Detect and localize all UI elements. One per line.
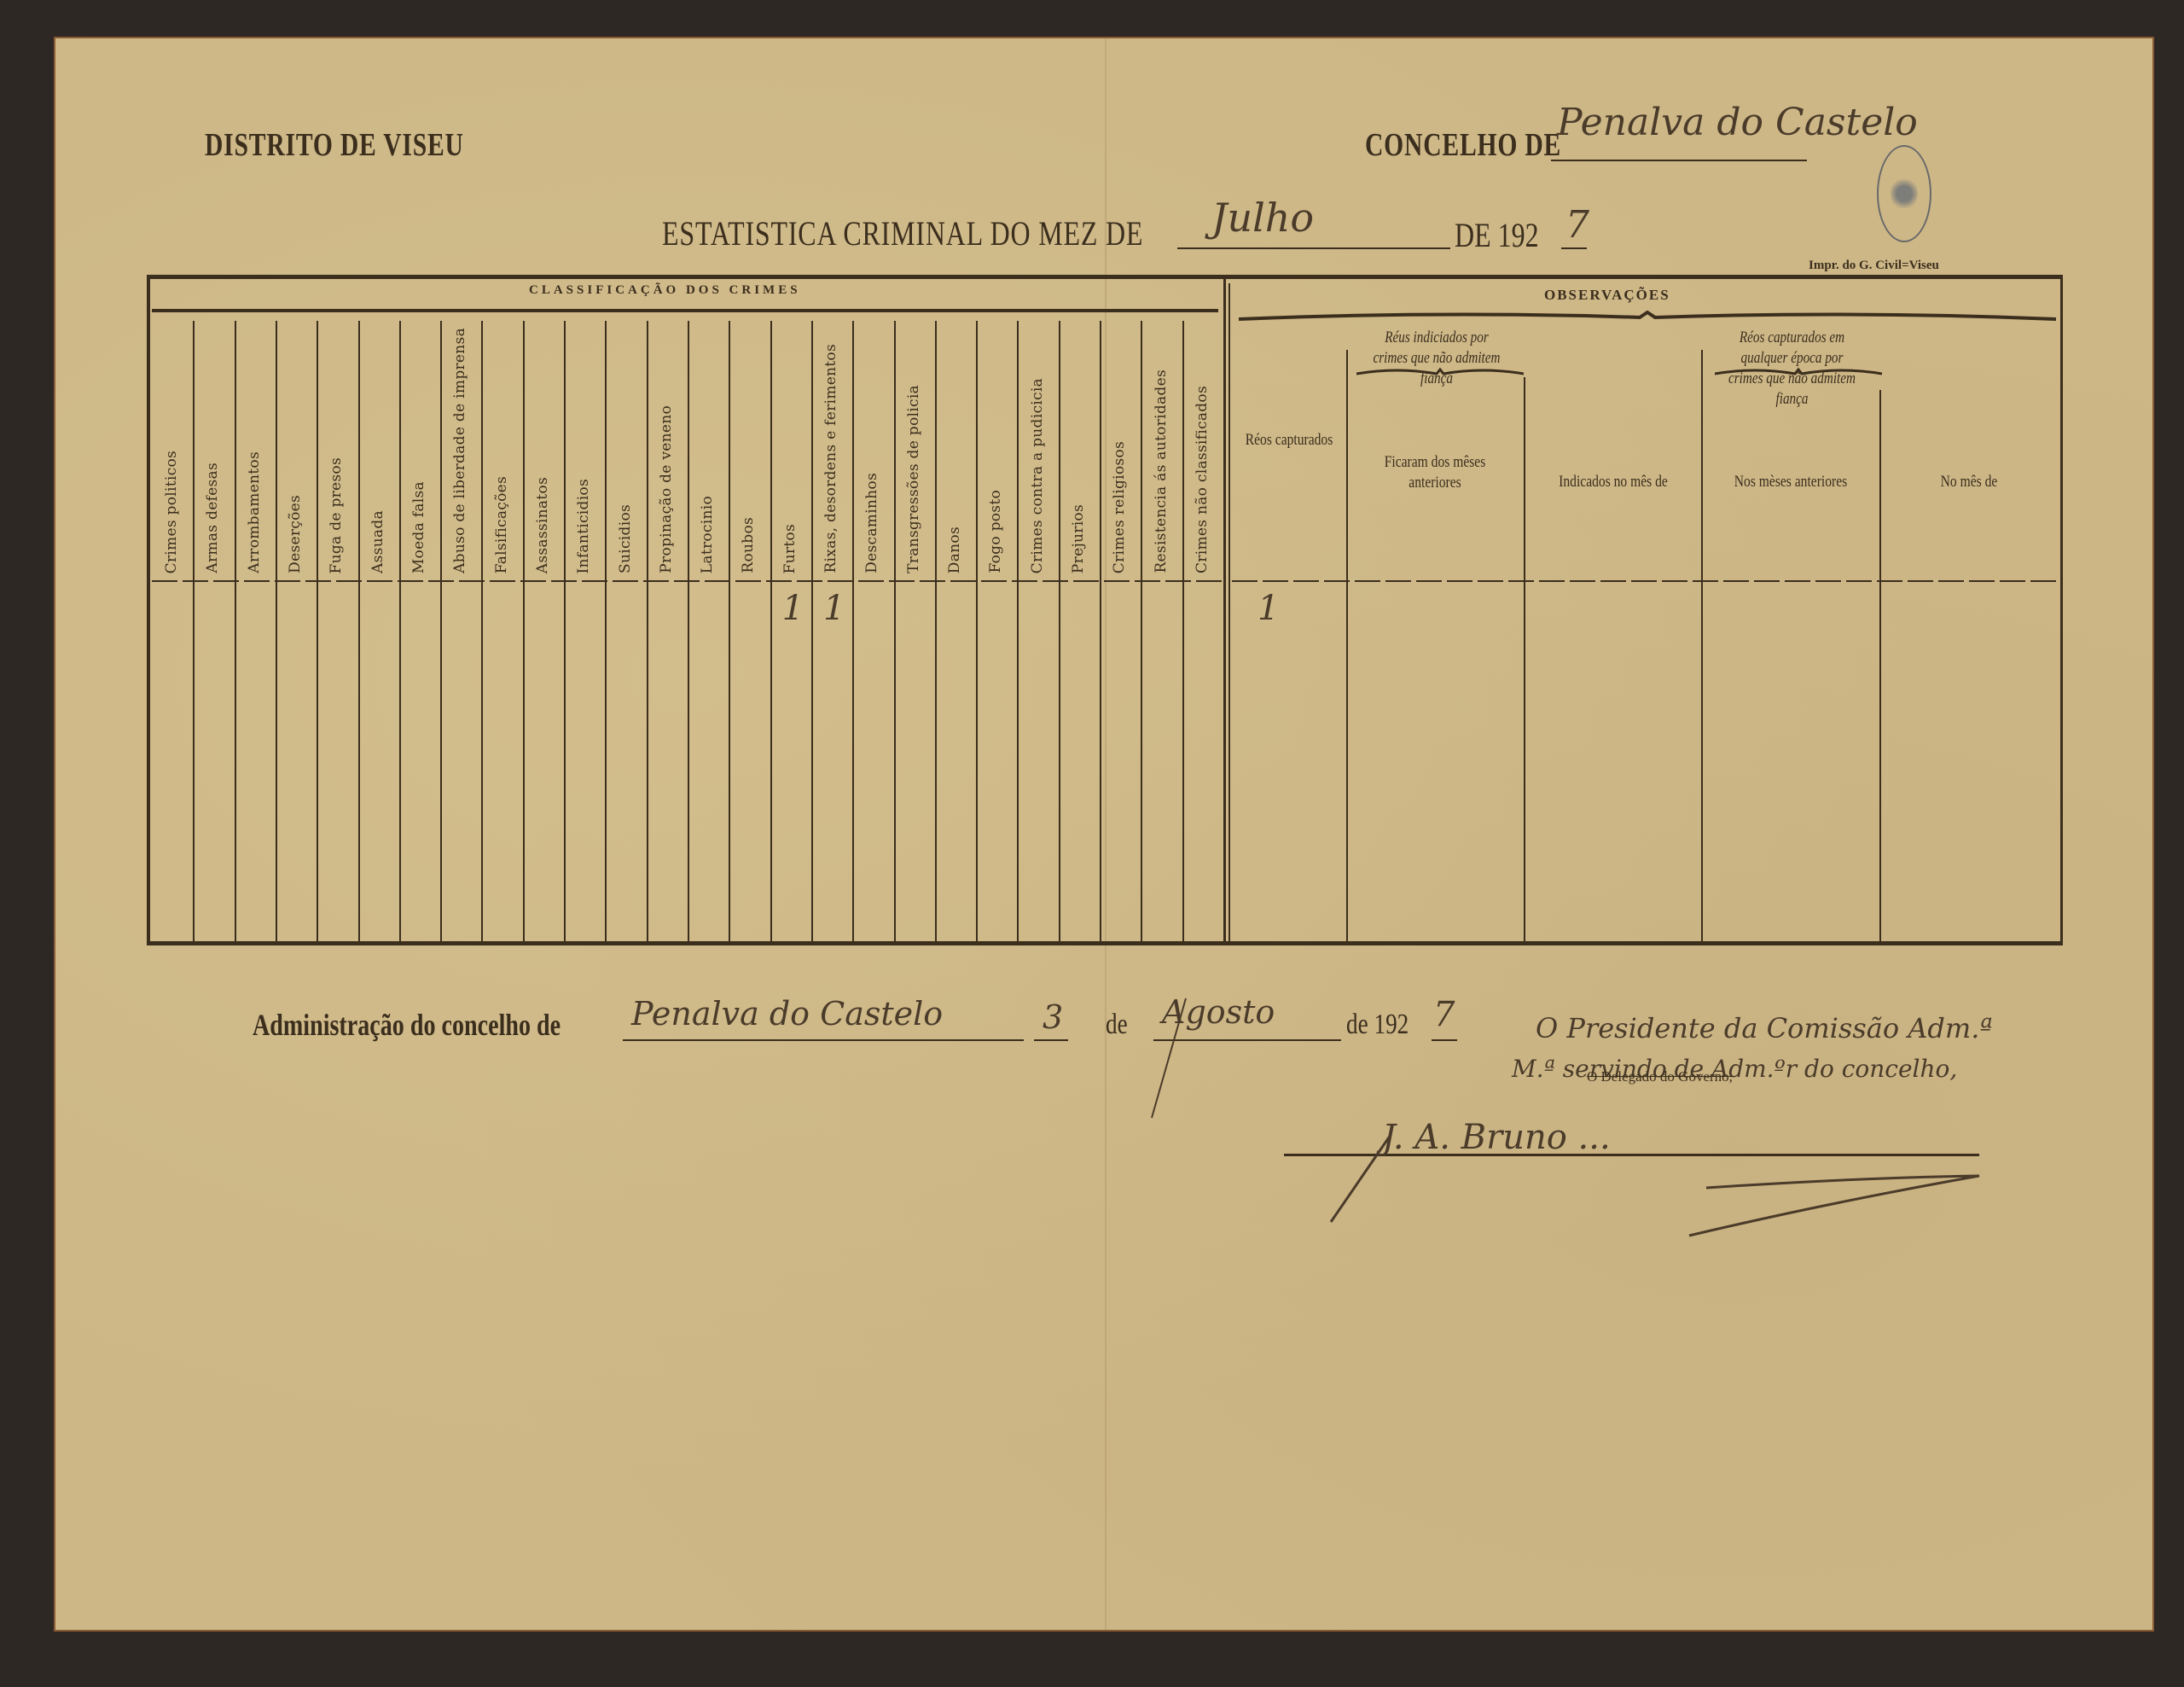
crime-count-cell: 1 — [823, 589, 845, 628]
signer-struck-title: O Delegado do Governo, — [1587, 1068, 1733, 1085]
crime-column-label: Arrombamentos — [246, 451, 263, 573]
header-body-rule — [152, 580, 1222, 582]
crime-column-header: Danos — [935, 326, 976, 573]
table-border-right — [2060, 275, 2063, 945]
obs-col-divider-2 — [1524, 377, 1525, 945]
crime-column-header: Infanticidios — [564, 326, 605, 573]
crime-column-header: Furtos — [770, 326, 811, 573]
crime-count-cell: 1 — [782, 589, 804, 628]
crime-column-label: Crimes politicos — [163, 451, 180, 573]
crime-column-label: Infanticidios — [575, 479, 592, 573]
crime-column-label: Rixas, desordens e ferimentos — [822, 344, 839, 573]
obs-col-divider-1 — [1346, 350, 1348, 945]
group2-col2-header: No mês de — [1897, 473, 2042, 492]
year-prefix: DE 192 — [1455, 215, 1539, 255]
crime-column-label: Descaminhos — [863, 473, 880, 573]
crime-column-header: Propinação de veneno — [647, 326, 688, 573]
stamp-emblem-icon — [1891, 177, 1918, 211]
crime-column-header: Arrombamentos — [235, 326, 276, 573]
obs-brace — [1239, 311, 2056, 323]
year-underline — [1561, 247, 1587, 249]
crime-column-label: Resistencia ás autoridades — [1153, 369, 1170, 573]
crime-column-header: Falsificações — [481, 326, 522, 573]
signer-title-line1: O Presidente da Comissão Adm.ª — [1536, 1012, 1993, 1044]
admin-place-underline — [623, 1039, 1024, 1041]
crime-column-label: Fuga de presos — [328, 457, 345, 573]
reos-capturados-value: 1 — [1258, 589, 1279, 628]
admin-label: Administração do concelho de — [253, 1007, 561, 1043]
concelho-label: CONCELHO DE — [1365, 126, 1561, 164]
crime-column-label: Assassinatos — [534, 477, 551, 573]
crime-column-label: Armas defesas — [204, 462, 221, 573]
admin-year-prefix: de 192 — [1346, 1009, 1409, 1041]
group1-brace — [1356, 367, 1524, 377]
crime-column-label: Crimes contra a pudicicia — [1029, 378, 1046, 573]
section-divider-2 — [1228, 283, 1230, 945]
crime-column-header: Assuada — [358, 326, 399, 573]
crime-column-header: Armas defesas — [193, 326, 234, 573]
obs-col-divider-4 — [1879, 390, 1881, 945]
crimes-section-title: CLASSIFICAÇÃO DOS CRIMES — [529, 283, 801, 298]
crime-column-label: Prejurios — [1070, 504, 1087, 573]
crime-column-label: Deserções — [287, 495, 304, 573]
crime-column-label: Moeda falsa — [410, 481, 427, 573]
archive-stamp — [1877, 145, 1931, 242]
crime-column-header: Abuso de liberdade de imprensa — [440, 326, 481, 573]
crime-column-label: Assuada — [369, 510, 386, 573]
group2-brace — [1715, 367, 1882, 377]
crime-column-header: Suicidios — [605, 326, 646, 573]
crime-column-label: Furtos — [781, 524, 799, 573]
year-digit: 7 — [1565, 203, 1589, 247]
crime-column-header: Fuga de presos — [317, 326, 357, 573]
crime-column-label: Danos — [946, 526, 963, 573]
district-heading: DISTRITO DE VISEU — [205, 126, 464, 164]
admin-day: 3 — [1043, 998, 1063, 1036]
group1-col2-header: Indicados no mês de — [1542, 473, 1686, 492]
group1-title: Réus indiciados por crimes que não admit… — [1367, 328, 1506, 389]
crimes-section-rule — [152, 309, 1218, 312]
crime-column-header: Moeda falsa — [399, 326, 440, 573]
crime-column-label: Transgressões de policia — [905, 385, 922, 573]
crime-column-header: Crimes religiosos — [1100, 326, 1141, 573]
crime-column-header: Roubos — [729, 326, 770, 573]
crime-column-header: Assassinatos — [523, 326, 564, 573]
month-value: Julho — [1211, 195, 1314, 241]
admin-day-underline — [1034, 1039, 1068, 1041]
crime-column-header: Deserções — [276, 326, 317, 573]
table-border-bottom — [147, 941, 2063, 945]
table-border-left — [147, 275, 150, 945]
group1-col1-header: Ficaram dos mêses anteriores — [1365, 452, 1505, 493]
obs-col-divider-3 — [1701, 350, 1703, 945]
crime-column-header: Descaminhos — [852, 326, 893, 573]
table-border-top — [147, 275, 2063, 279]
obs-section-title: OBSERVAÇÕES — [1544, 287, 1670, 304]
section-divider — [1223, 275, 1226, 945]
printer-note: Impr. do G. Civil=Viseu — [1809, 259, 1939, 273]
reos-capturados-header: Réos capturados — [1242, 430, 1336, 451]
crime-column-label: Falsificações — [493, 476, 510, 573]
crime-column-header: Rixas, desordens e ferimentos — [811, 326, 852, 573]
month-flourish — [1143, 990, 1194, 1126]
obs-header-body-rule — [1232, 580, 2059, 582]
admin-de: de — [1106, 1009, 1128, 1041]
crime-column-label: Crimes religiosos — [1111, 441, 1128, 573]
crime-column-header: Crimes politicos — [152, 326, 193, 573]
admin-year-digit: 7 — [1433, 995, 1455, 1034]
month-underline — [1177, 247, 1450, 249]
admin-year-underline — [1432, 1039, 1457, 1041]
crime-column-header: Transgressões de policia — [894, 326, 935, 573]
admin-place: Penalva do Castelo — [631, 995, 943, 1033]
crime-column-label: Propinação de veneno — [658, 405, 675, 573]
crime-column-label: Crimes não classificados — [1194, 386, 1211, 573]
crime-column-header: Crimes não classificados — [1182, 326, 1223, 573]
group2-col1-header: Nos mèses anteriores — [1719, 473, 1863, 492]
crime-column-header: Resistencia ás autoridades — [1141, 326, 1182, 573]
crime-column-label: Abuso de liberdade de imprensa — [451, 328, 468, 573]
crime-column-label: Latrocinio — [699, 496, 716, 573]
page-title: ESTATISTICA CRIMINAL DO MEZ DE — [662, 213, 1143, 253]
concelho-value: Penalva do Castelo — [1557, 101, 1918, 144]
signer-title-line2: M.ª servindo de Adm.ºr do concelho, — [1512, 1055, 1957, 1083]
crime-column-label: Suicidios — [617, 504, 634, 573]
crime-column-label: Roubos — [740, 517, 757, 573]
signature-flourish — [1314, 1126, 1996, 1237]
crime-column-header: Fogo posto — [976, 326, 1017, 573]
crime-column-header: Crimes contra a pudicicia — [1017, 326, 1058, 573]
crime-statistics-table: CLASSIFICAÇÃO DOS CRIMES OBSERVAÇÕES Cri… — [147, 275, 2063, 945]
crime-column-label: Fogo posto — [987, 490, 1004, 573]
concelho-underline — [1551, 160, 1807, 161]
crime-column-header: Latrocinio — [688, 326, 729, 573]
crime-column-header: Prejurios — [1059, 326, 1100, 573]
